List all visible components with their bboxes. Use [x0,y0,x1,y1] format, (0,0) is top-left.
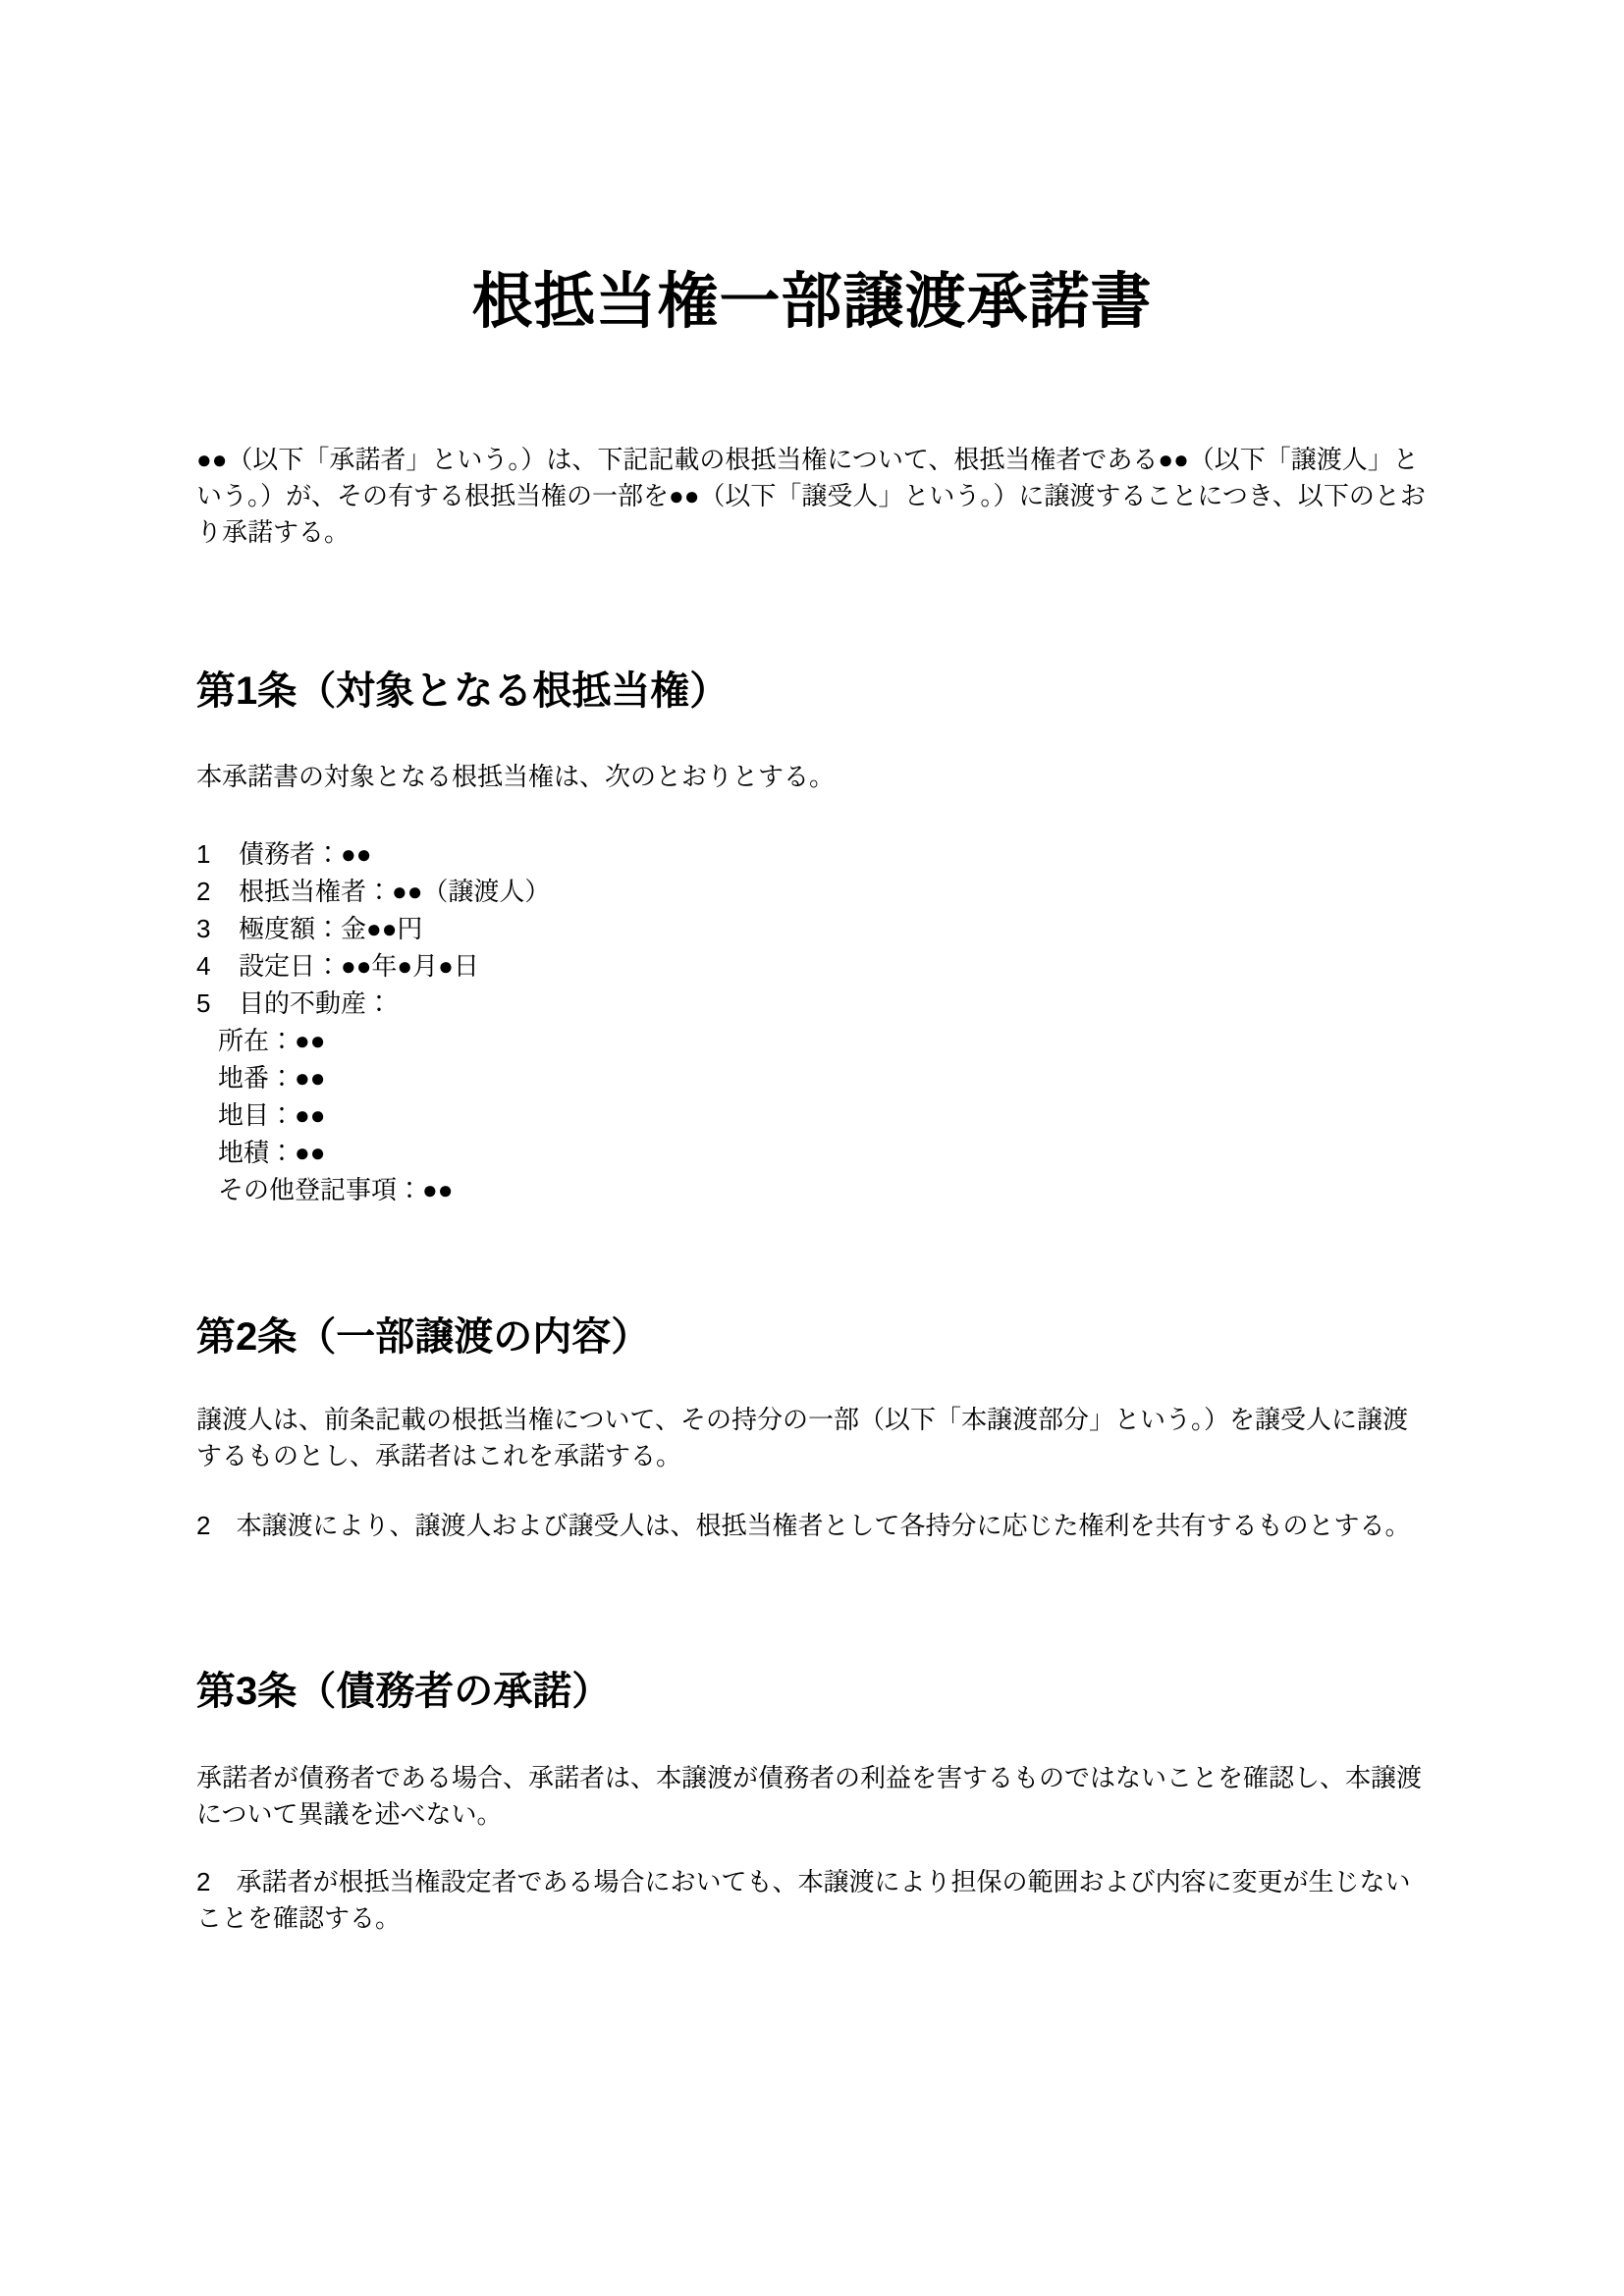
property-detail-location: 所在：●● [196,1022,1428,1059]
document-title: 根抵当権一部譲渡承諾書 [196,265,1428,340]
list-item-setting-date: 4 設定日：●●年●月●日 [196,947,1428,985]
article2-paragraph-2: 2 本譲渡により、譲渡人および譲受人は、根抵当権者として各持分に応じた権利を共有… [196,1508,1428,1544]
list-item-max-amount: 3 極度額：金●●円 [196,910,1428,947]
list-item-number: 4 [196,947,239,985]
list-item-text: 極度額：金●●円 [239,910,1428,947]
article1-lead: 本承諾書の対象となる根抵当権は、次のとおりとする。 [196,759,1428,795]
list-item-debtor: 1 債務者：●● [196,835,1428,873]
property-detail-other-registry: その他登記事項：●● [196,1171,1428,1208]
article2-heading: 第2条（一部譲渡の内容） [196,1313,1428,1361]
list-item-mortgagee: 2 根抵当権者：●●（譲渡人） [196,873,1428,910]
property-detail-lot-number: 地番：●● [196,1059,1428,1096]
article3-paragraph-1: 承諾者が債務者である場合、承諾者は、本譲渡が債務者の利益を害するものではないこと… [196,1760,1428,1833]
list-item-number: 2 [196,873,239,910]
mortgage-detail-list: 1 債務者：●● 2 根抵当権者：●●（譲渡人） 3 極度額：金●●円 4 設定… [196,835,1428,1208]
article2-paragraph-1: 譲渡人は、前条記載の根抵当権について、その持分の一部（以下「本譲渡部分」という。… [196,1402,1428,1474]
article1-heading: 第1条（対象となる根抵当権） [196,667,1428,715]
document-page: 根抵当権一部譲渡承諾書 ●●（以下「承諾者」という。）は、下記記載の根抵当権につ… [0,0,1624,2296]
list-item-text: 債務者：●● [239,835,1428,873]
property-detail-land-area: 地積：●● [196,1134,1428,1171]
list-item-number: 3 [196,910,239,947]
list-item-target-property: 5 目的不動産： [196,985,1428,1022]
list-item-text: 目的不動産： [239,985,1428,1022]
property-detail-land-category: 地目：●● [196,1096,1428,1134]
list-item-text: 根抵当権者：●●（譲渡人） [239,873,1428,910]
intro-paragraph: ●●（以下「承諾者」という。）は、下記記載の根抵当権について、根抵当権者である●… [196,442,1428,551]
article3-heading: 第3条（債務者の承諾） [196,1668,1428,1715]
list-item-number: 1 [196,835,239,873]
list-item-text: 設定日：●●年●月●日 [239,947,1428,985]
article3-paragraph-2: 2 承諾者が根抵当権設定者である場合においても、本譲渡により担保の範囲および内容… [196,1864,1428,1937]
list-item-number: 5 [196,985,239,1022]
